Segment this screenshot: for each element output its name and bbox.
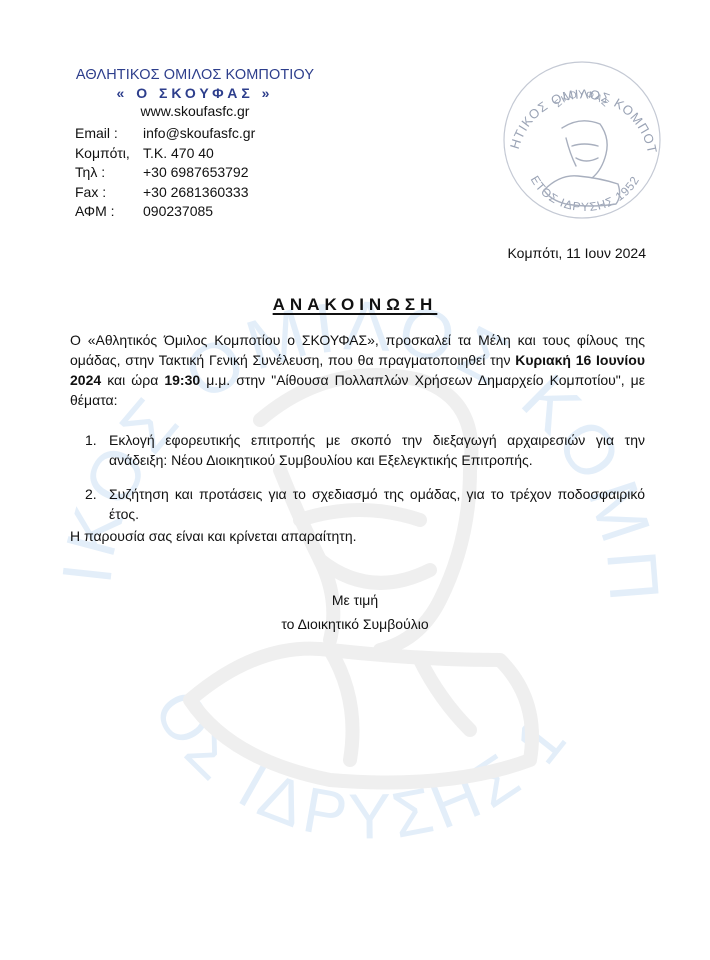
invitation-paragraph: Ο «Αθλητικός Όμιλος Κομποτίου ο ΣΚΟΥΦΑΣ»… xyxy=(70,330,645,410)
agenda-text: Συζήτηση και προτάσεις για το σχεδιασμό … xyxy=(109,484,645,524)
contact-label: Κομπότι, xyxy=(75,144,143,164)
website-link[interactable]: www.skoufasfc.gr xyxy=(60,103,330,119)
paragraph-text: και ώρα xyxy=(101,372,164,388)
contact-label: Email : xyxy=(75,124,143,144)
contact-label: ΑΦΜ : xyxy=(75,202,143,222)
contact-value: Τ.Κ. 470 40 xyxy=(143,144,214,164)
contact-row-vat: ΑΦΜ : 090237085 xyxy=(75,202,255,222)
org-subtitle: « Ο ΣΚΟΥΦΑΣ » xyxy=(60,85,330,101)
agenda-number: 1. xyxy=(85,430,109,470)
contact-row-postal: Κομπότι, Τ.Κ. 470 40 xyxy=(75,144,255,164)
agenda-number: 2. xyxy=(85,484,109,524)
contact-row-phone: Τηλ : +30 6987653792 xyxy=(75,163,255,183)
closing-sentence: Η παρουσία σας είναι και κρίνεται απαραί… xyxy=(70,528,357,544)
meeting-time: 19:30 xyxy=(164,372,200,388)
contact-block: Email : info@skoufasfc.gr Κομπότι, Τ.Κ. … xyxy=(75,124,255,222)
agenda-text: Εκλογή εφορευτικής επιτροπής με σκοπό τη… xyxy=(109,430,645,470)
agenda-item: 1. Εκλογή εφορευτικής επιτροπής με σκοπό… xyxy=(85,430,645,470)
contact-value: 090237085 xyxy=(143,202,213,222)
signature-signatory: το Διοικητικό Συμβούλιο xyxy=(0,612,710,636)
contact-label: Fax : xyxy=(75,183,143,203)
club-seal-icon: ΑΘΛΗΤΙΚΟΣ ΟΜΙΛΟΣ ΚΟΜΠΟΤΙΟΥ ΣΚΟΥΦΑΣ ΕΤΟΣ … xyxy=(500,58,665,223)
contact-row-email: Email : info@skoufasfc.gr xyxy=(75,124,255,144)
email-link[interactable]: info@skoufasfc.gr xyxy=(143,124,255,144)
org-name: ΑΘΛΗΤΙΚΟΣ ΟΜΙΛΟΣ ΚΟΜΠΟΤΙΟΥ xyxy=(60,67,330,83)
signature-block: Με τιμή το Διοικητικό Συμβούλιο xyxy=(0,588,710,636)
announcement-document: ΑΘΛΗΤΙΚΟΣ ΟΜΙΛΟΣ ΚΟΜΠΟΤΙΟΥ « Ο ΣΚΟΥΦΑΣ »… xyxy=(0,0,710,960)
contact-value: +30 6987653792 xyxy=(143,163,249,183)
contact-row-fax: Fax : +30 2681360333 xyxy=(75,183,255,203)
agenda-item: 2. Συζήτηση και προτάσεις για το σχεδιασ… xyxy=(85,484,645,524)
date-line: Κομπότι, 11 Ιουν 2024 xyxy=(508,245,646,261)
document-title-text: ΑΝΑΚΟΙΝΩΣΗ xyxy=(273,295,438,314)
contact-value: +30 2681360333 xyxy=(143,183,249,203)
document-title: ΑΝΑΚΟΙΝΩΣΗ xyxy=(0,295,710,315)
agenda-list: 1. Εκλογή εφορευτικής επιτροπής με σκοπό… xyxy=(85,430,645,538)
signature-salutation: Με τιμή xyxy=(0,588,710,612)
svg-text:ΑΘΛΗΤΙΚΟΣ ΟΜΙΛΟΣ ΚΟΜΠΟΤΙΟΥ: ΑΘΛΗΤΙΚΟΣ ΟΜΙΛΟΣ ΚΟΜΠΟΤΙΟΥ xyxy=(500,58,660,155)
contact-label: Τηλ : xyxy=(75,163,143,183)
